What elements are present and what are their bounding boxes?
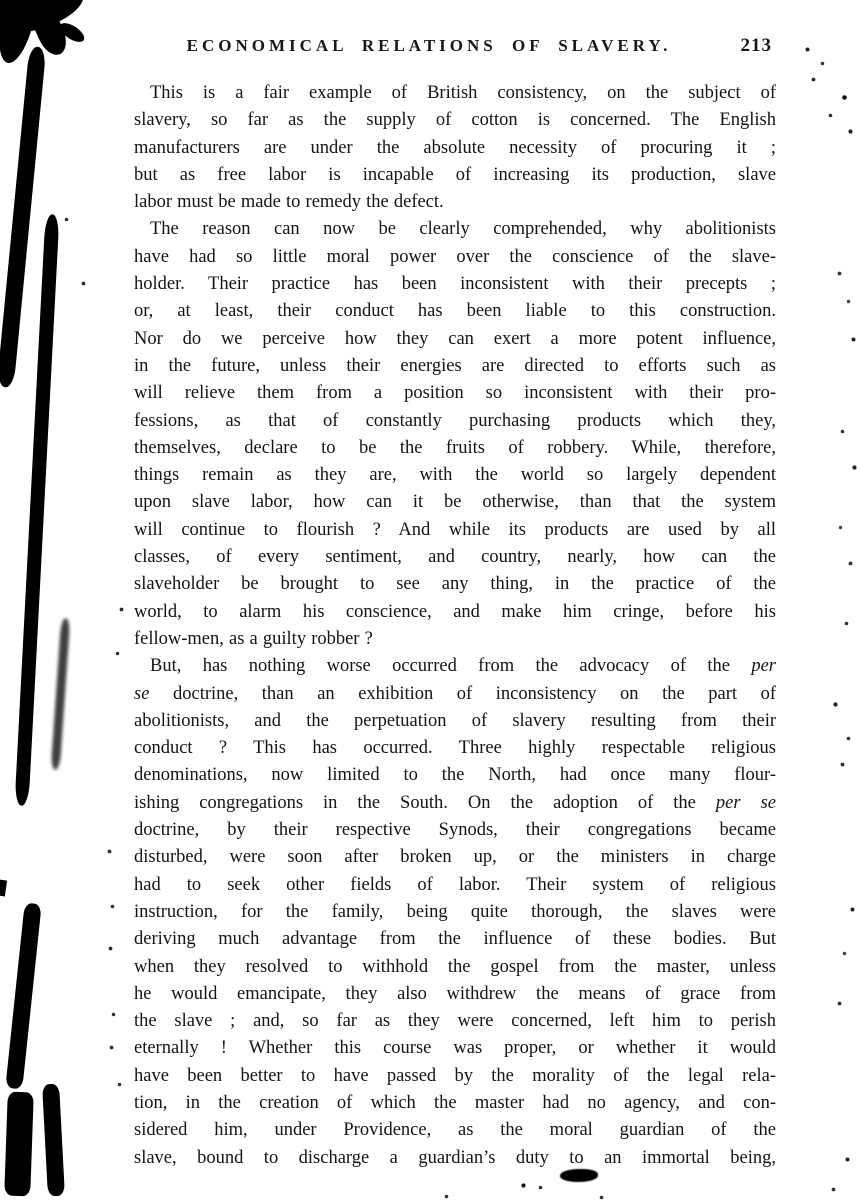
text-line: ishing congregations in the South. On th… xyxy=(134,790,776,817)
paragraph: This is a fair example of British consis… xyxy=(134,80,776,216)
text-line: instruction, for the family, being quite… xyxy=(134,899,776,926)
text-line: disturbed, were soon after broken up, or… xyxy=(134,844,776,871)
text-line: But, has nothing worse occurred from the… xyxy=(134,653,776,680)
text-line: labor must be made to remedy the defect. xyxy=(134,189,776,216)
text-line: manufacturers are under the absolute nec… xyxy=(134,135,776,162)
text-line: abolitionists, and the perpetuation of s… xyxy=(134,708,776,735)
scan-artifact-notch xyxy=(0,880,7,897)
text-line: fellow-men, as a guilty robber ? xyxy=(134,626,776,653)
text-line: The reason can now be clearly comprehend… xyxy=(134,216,776,243)
paragraph: But, has nothing worse occurred from the… xyxy=(134,653,776,1172)
text-line: sidered him, under Providence, as the mo… xyxy=(134,1117,776,1144)
text-line: upon slave labor, how can it be otherwis… xyxy=(134,489,776,516)
text-line: holder. Their practice has been inconsis… xyxy=(134,271,776,298)
page-number: 213 xyxy=(741,35,773,57)
text-line: when they resolved to withhold the gospe… xyxy=(134,954,776,981)
scan-artifact-blob xyxy=(42,1084,65,1197)
text-line: had to seek other fields of labor. Their… xyxy=(134,872,776,899)
text-line: fessions, as that of constantly purchasi… xyxy=(134,408,776,435)
text-line: will continue to flourish ? And while it… xyxy=(134,517,776,544)
running-head-title: ECONOMICAL RELATIONS OF SLAVERY. xyxy=(134,36,776,56)
text-line: conduct ? This has occurred. Three highl… xyxy=(134,735,776,762)
ink-smudge xyxy=(560,1169,598,1182)
text-line: world, to alarm his conscience, and make… xyxy=(134,599,776,626)
paragraph: The reason can now be clearly comprehend… xyxy=(134,216,776,653)
scan-artifact-blob xyxy=(4,1092,34,1197)
scan-artifact-streak xyxy=(5,903,41,1090)
text-line: This is a fair example of British consis… xyxy=(134,80,776,107)
text-line: slave, bound to discharge a guardian’s d… xyxy=(134,1145,776,1172)
text-line: but as free labor is incapable of increa… xyxy=(134,162,776,189)
text-line: doctrine, by their respective Synods, th… xyxy=(134,817,776,844)
text-line: eternally ! Whether this course was prop… xyxy=(134,1035,776,1062)
text-line: se doctrine, than an exhibition of incon… xyxy=(134,681,776,708)
text-line: deriving much advantage from the influen… xyxy=(134,926,776,953)
text-line: will relieve them from a position so inc… xyxy=(134,380,776,407)
text-line: things remain as they are, with the worl… xyxy=(134,462,776,489)
text-line: classes, of every sentiment, and country… xyxy=(134,544,776,571)
scan-artifact-trail xyxy=(51,618,71,770)
text-line: tion, in the creation of which the maste… xyxy=(134,1090,776,1117)
page-body: This is a fair example of British consis… xyxy=(134,80,776,1172)
text-line: have been better to have passed by the m… xyxy=(134,1063,776,1090)
text-line: denominations, now limited to the North,… xyxy=(134,762,776,789)
running-head: ECONOMICAL RELATIONS OF SLAVERY. 213 xyxy=(134,36,776,62)
text-line: have had so little moral power over the … xyxy=(134,244,776,271)
text-line: Nor do we perceive how they can exert a … xyxy=(134,326,776,353)
text-line: slaveholder be brought to see any thing,… xyxy=(134,571,776,598)
book-page: ECONOMICAL RELATIONS OF SLAVERY. 213 Thi… xyxy=(0,0,858,1200)
text-line: the slave ; and, so far as they were con… xyxy=(134,1008,776,1035)
text-line: or, at least, their conduct has been lia… xyxy=(134,298,776,325)
text-line: he would emancipate, they also withdrew … xyxy=(134,981,776,1008)
text-line: themselves, declare to be the fruits of … xyxy=(134,435,776,462)
text-line: slavery, so far as the supply of cotton … xyxy=(134,107,776,134)
text-line: in the future, unless their energies are… xyxy=(134,353,776,380)
